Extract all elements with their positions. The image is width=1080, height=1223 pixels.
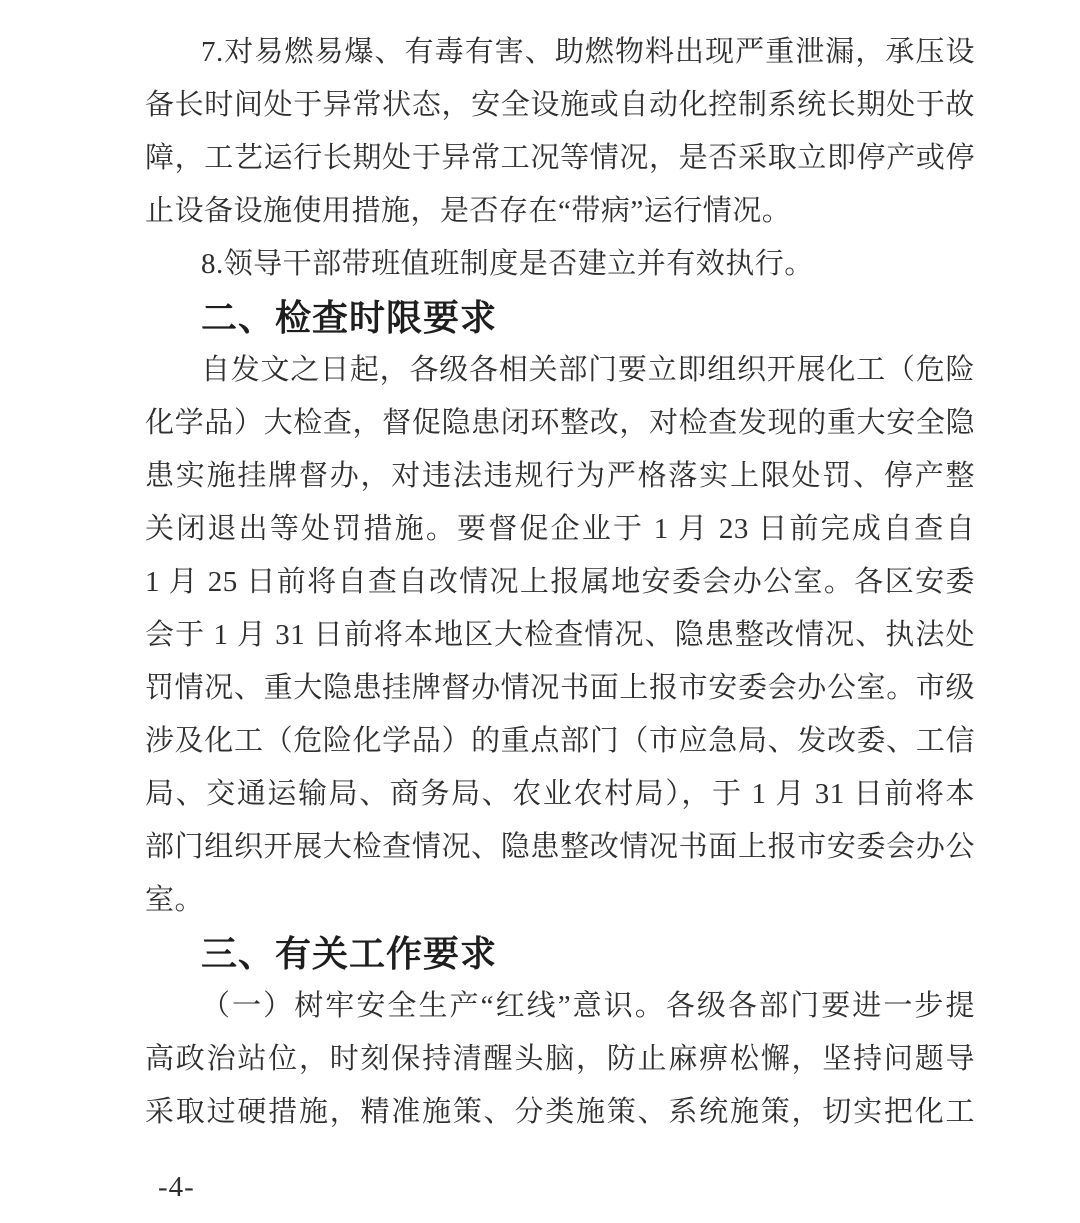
text-line: 局、交通运输局、商务局、农业农村局），于 1 月 31 日前将本 (145, 768, 975, 821)
text-line: （一）树牢安全生产“红线”意识。各级各部门要进一步提 (145, 980, 975, 1033)
text-line: 8.领导干部带班值班制度是否建立并有效执行。 (145, 238, 975, 291)
text-line: 7.对易燃易爆、有毒有害、助燃物料出现严重泄漏，承压设 (145, 26, 975, 79)
text-line: 室。 (145, 874, 975, 927)
text-line: 高政治站位，时刻保持清醒头脑，防止麻痹松懈，坚持问题导向， (145, 1033, 975, 1086)
text-line: 罚情况、重大隐患挂牌督办情况书面上报市安委会办公室。市级 (145, 662, 975, 715)
document-page: 7.对易燃易爆、有毒有害、助燃物料出现严重泄漏，承压设备长时间处于异常状态，安全… (0, 0, 1080, 1223)
text-line: 备长时间处于异常状态，安全设施或自动化控制系统长期处于故 (145, 79, 975, 132)
text-line: 自发文之日起，各级各相关部门要立即组织开展化工（危险 (145, 344, 975, 397)
text-line: 会于 1 月 31 日前将本地区大检查情况、隐患整改情况、执法处 (145, 609, 975, 662)
text-line: 止设备设施使用措施，是否存在“带病”运行情况。 (145, 185, 975, 238)
subsection-lead: （一）树牢安全生产“红线”意识。 (201, 990, 666, 1022)
text-line: 涉及化工（危险化学品）的重点部门（市应急局、发改委、工信 (145, 715, 975, 768)
text-line: 采取过硬措施，精准施策、分类施策、系统施策，切实把化工（危 (145, 1086, 975, 1139)
text-line: 部门组织开展大检查情况、隐患整改情况书面上报市安委会办公 (145, 821, 975, 874)
section-heading: 三、有关工作要求 (145, 927, 975, 980)
text-line: 1 月 25 日前将自查自改情况上报属地安委会办公室。各区安委 (145, 556, 975, 609)
page-number: -4- (158, 1170, 195, 1204)
section-heading: 二、检查时限要求 (145, 291, 975, 344)
text-line: 关闭退出等处罚措施。要督促企业于 1 月 23 日前完成自查自纠， (145, 503, 975, 556)
document-body: 7.对易燃易爆、有毒有害、助燃物料出现严重泄漏，承压设备长时间处于异常状态，安全… (145, 26, 975, 1139)
text-line: 患实施挂牌督办，对违法违规行为严格落实上限处罚、停产整顿、 (145, 450, 975, 503)
text-line: 化学品）大检查，督促隐患闭环整改，对检查发现的重大安全隐 (145, 397, 975, 450)
text-line: 障，工艺运行长期处于异常工况等情况，是否采取立即停产或停 (145, 132, 975, 185)
